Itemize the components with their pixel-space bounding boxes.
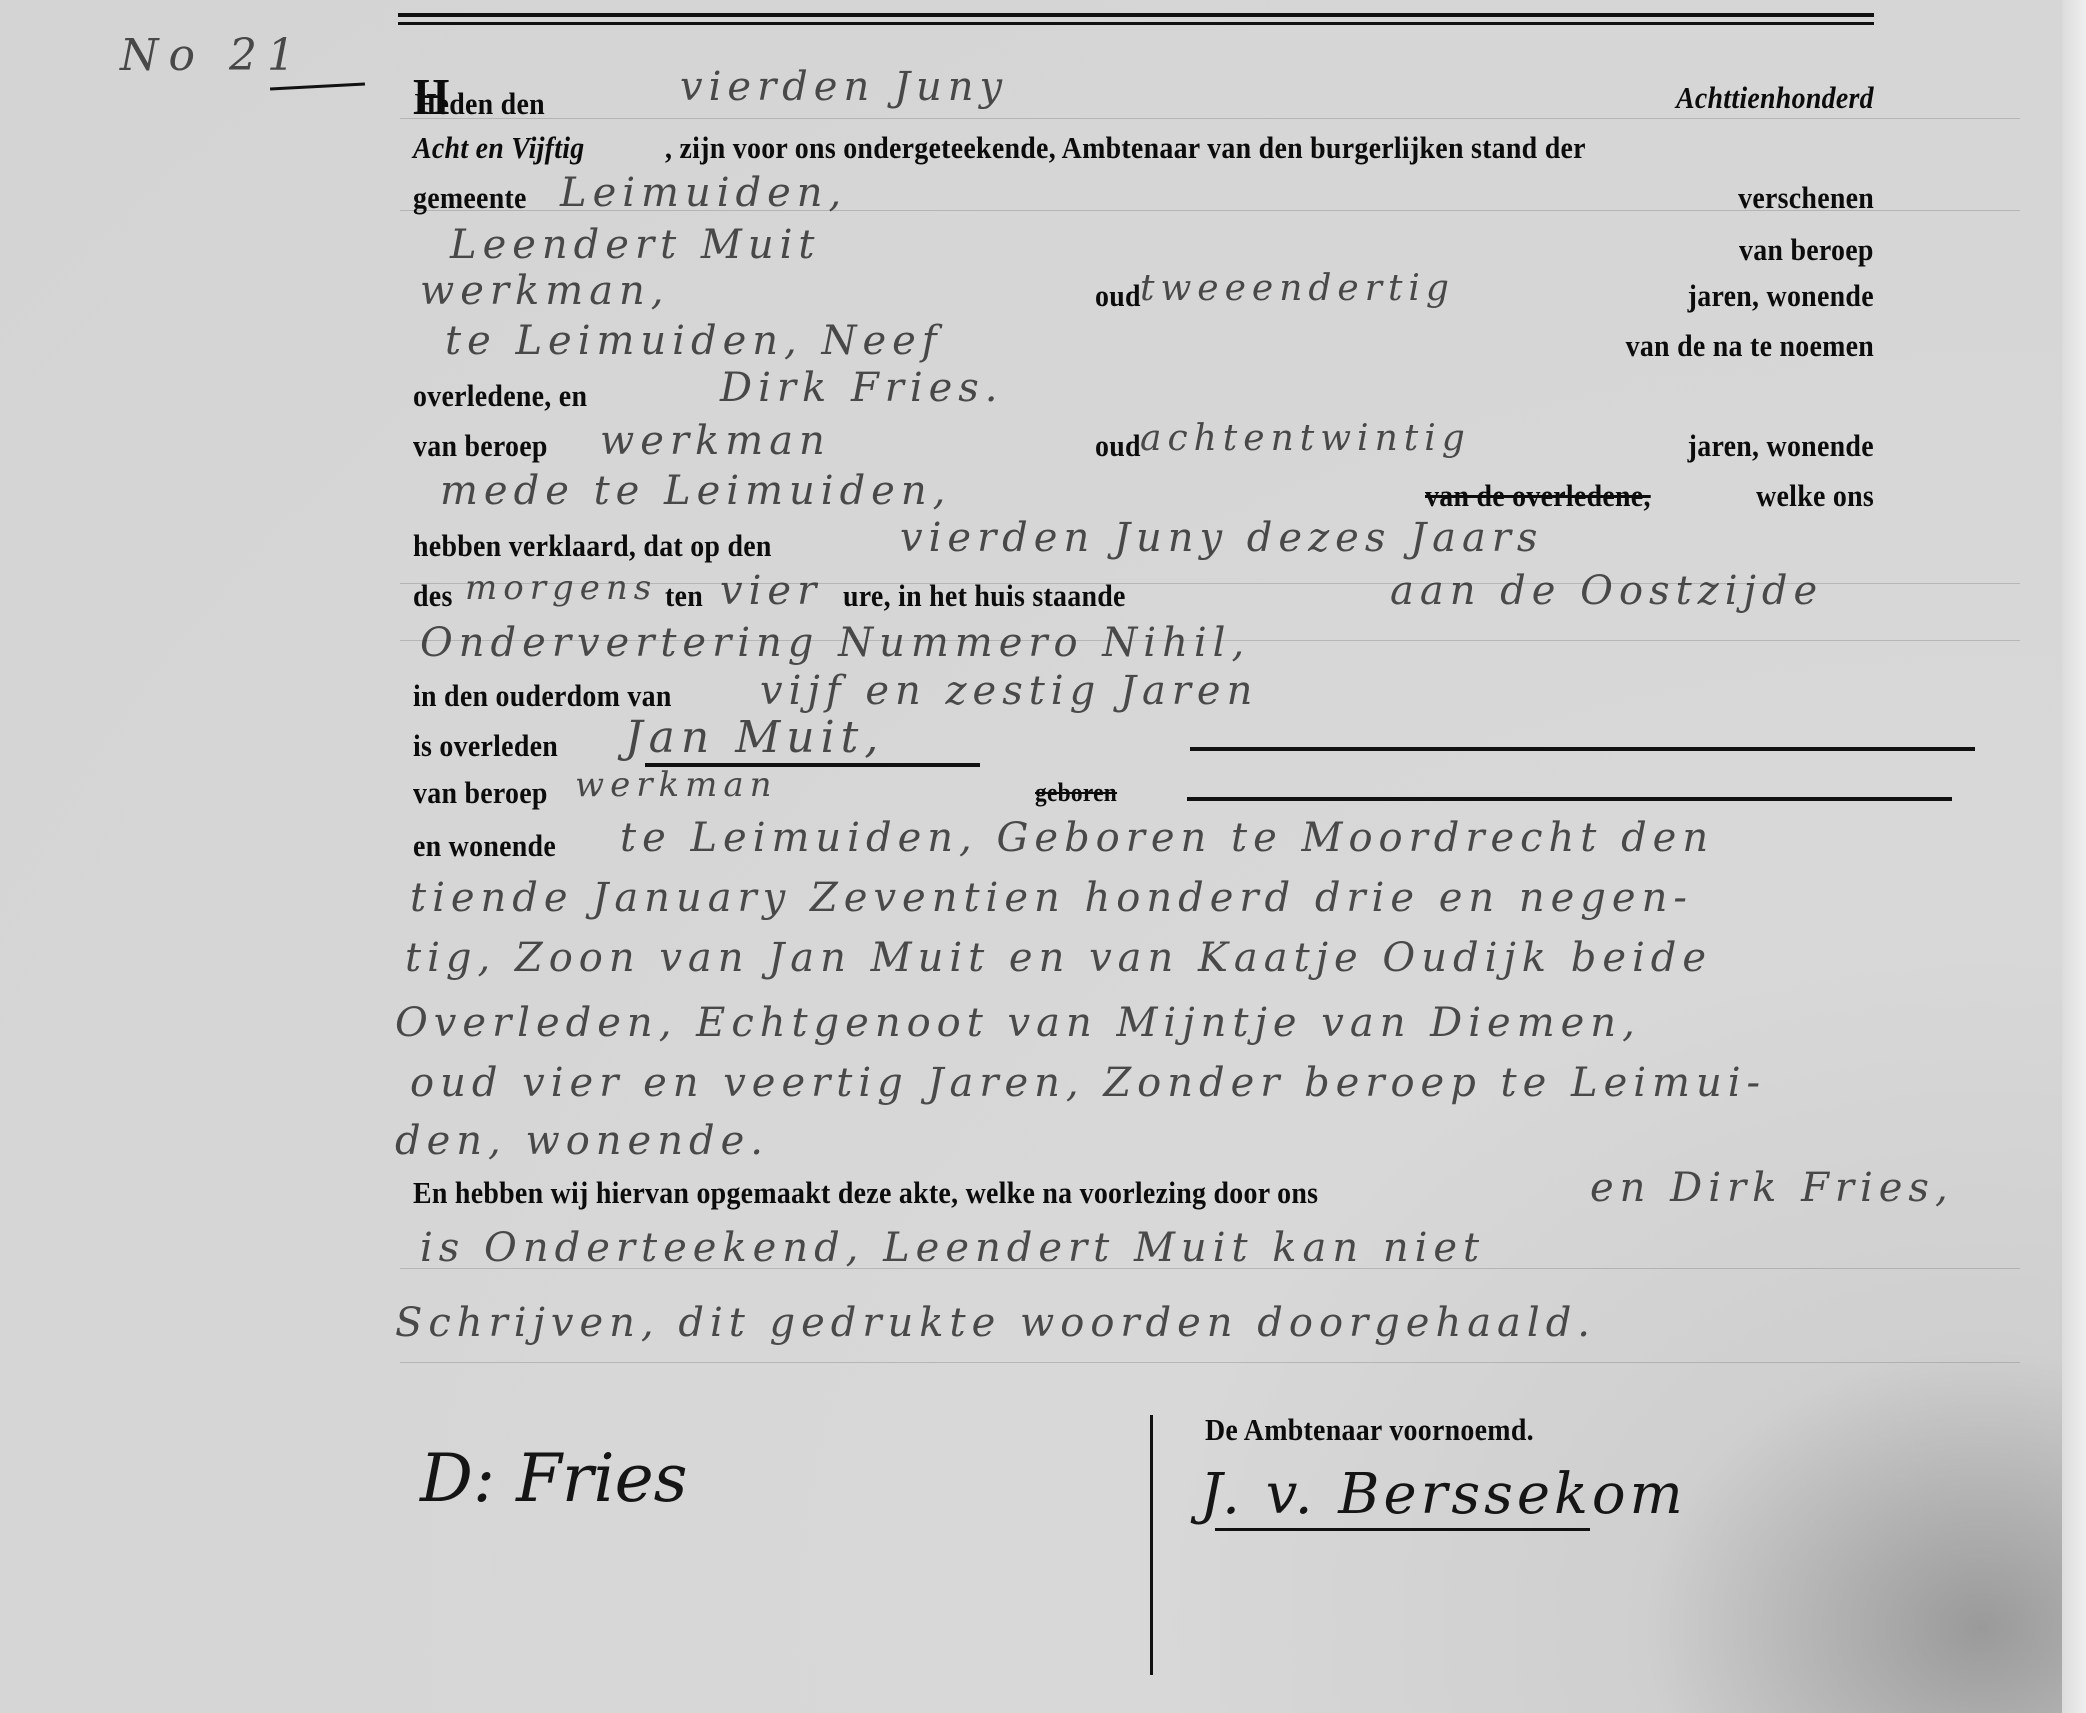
margin-underline [270, 83, 365, 91]
des-label: des [413, 578, 453, 614]
welke-ons-label: welke ons [1756, 478, 1874, 514]
year-label: Achttienhonderd [1676, 80, 1874, 116]
residence-line-3: tig, Zoon van Jan Muit en van Kaatje Oud… [405, 935, 1712, 981]
struck-van-de-overledene: van de overledene, [1425, 478, 1651, 514]
header-rule [398, 13, 1874, 17]
declarant2-occupation: werkman [600, 418, 831, 464]
verklaard-label: hebben verklaard, dat op den [413, 528, 772, 564]
closing-text: En hebben wij hiervan opgemaakt deze akt… [413, 1175, 1318, 1211]
declarant-signature: D: Fries [420, 1440, 688, 1517]
house-location-2: Ondervertering Nummero Nihil, [420, 620, 1250, 666]
time-of-day: morgens [465, 568, 657, 608]
oud-label-2: oud [1095, 428, 1141, 464]
officiant-text: , zijn voor ons ondergeteekende, Ambtena… [665, 130, 1586, 166]
struck-geboren: geboren [1035, 778, 1117, 808]
jaren-wonende-label: jaren, wonende [1688, 278, 1874, 314]
en-wonende-label: en wonende [413, 828, 556, 864]
ruled-line [400, 118, 2020, 119]
year-continued: Acht en Vijftig [413, 130, 584, 166]
na-te-noemen-label: van de na te noemen [1626, 328, 1874, 364]
is-overleden-label: is overleden [413, 728, 558, 764]
closing-continuation-2: is Onderteekend, Leendert Muit kan niet [420, 1225, 1485, 1271]
signature-bracket [1150, 1415, 1159, 1675]
official-signature: J. v. Berssekom [1200, 1462, 1687, 1527]
heden-den-label: HHeden den [413, 68, 545, 127]
residence-line-2: tiende January Zeventien honderd drie en… [410, 875, 1693, 921]
ten-label: ten [665, 578, 703, 614]
jaren-wonende-label-2: jaren, wonende [1688, 428, 1874, 464]
declarant2-age: achtentwintig [1140, 418, 1471, 459]
ouderdom-label: in den ouderdom van [413, 678, 672, 714]
overledene-en-label: overledene, en [413, 378, 587, 414]
blank-line [1190, 747, 1975, 751]
residence-line-4: Overleden, Echtgenoot van Mijntje van Di… [395, 1000, 1641, 1046]
date-handwritten: vierden Juny [680, 64, 1008, 110]
residence-line-6: den, wonende. [395, 1118, 769, 1164]
van-beroep-label-3: van beroep [413, 775, 548, 811]
ruled-line [400, 1362, 2020, 1363]
oud-label: oud [1095, 278, 1141, 314]
closing-continuation-3: Schrijven, dit gedrukte woorden doorgeha… [395, 1300, 1596, 1346]
page-edge [2062, 0, 2086, 1713]
gemeente-handwritten: Leimuiden, [560, 170, 847, 216]
closing-continuation-1: en Dirk Fries, [1590, 1165, 1954, 1211]
residence-line-1: te Leimuiden, Geboren te Moordrecht den [620, 815, 1714, 861]
deceased-age: vijf en zestig Jaren [760, 668, 1258, 714]
van-beroep-label: van beroep [1739, 232, 1874, 268]
declarant2-name: Dirk Fries. [720, 365, 1004, 411]
blank-line-2 [1187, 797, 1952, 801]
margin-note: No 21 [120, 30, 305, 81]
header-rule [398, 22, 1874, 25]
document-scan: No 21 HHeden den vierden Juny Achttienho… [0, 0, 2086, 1713]
house-location-1: aan de Oostzijde [1390, 568, 1823, 614]
declarant1-residence: te Leimuiden, Neef [445, 318, 943, 364]
residence-line-5: oud vier en veertig Jaren, Zonder beroep… [410, 1060, 1766, 1106]
deceased-occupation: werkman [575, 765, 778, 805]
signature-underline [1215, 1528, 1590, 1531]
declarant2-residence: mede te Leimuiden, [440, 468, 951, 514]
verschenen-label: verschenen [1738, 180, 1874, 216]
ambtenaar-label: De Ambtenaar voornoemd. [1205, 1412, 1534, 1448]
hour: vier [720, 568, 822, 614]
death-date: vierden Juny dezes Jaars [900, 515, 1543, 561]
deceased-name: Jan Muit, [625, 712, 884, 763]
van-beroep-label-2: van beroep [413, 428, 548, 464]
declarant1-occupation: werkman, [420, 268, 670, 314]
ure-huis-label: ure, in het huis staande [843, 578, 1126, 614]
declarant1-age: tweeendertig [1140, 268, 1455, 309]
declarant1-name: Leendert Muit [450, 222, 820, 268]
gemeente-label: gemeente [413, 180, 527, 216]
